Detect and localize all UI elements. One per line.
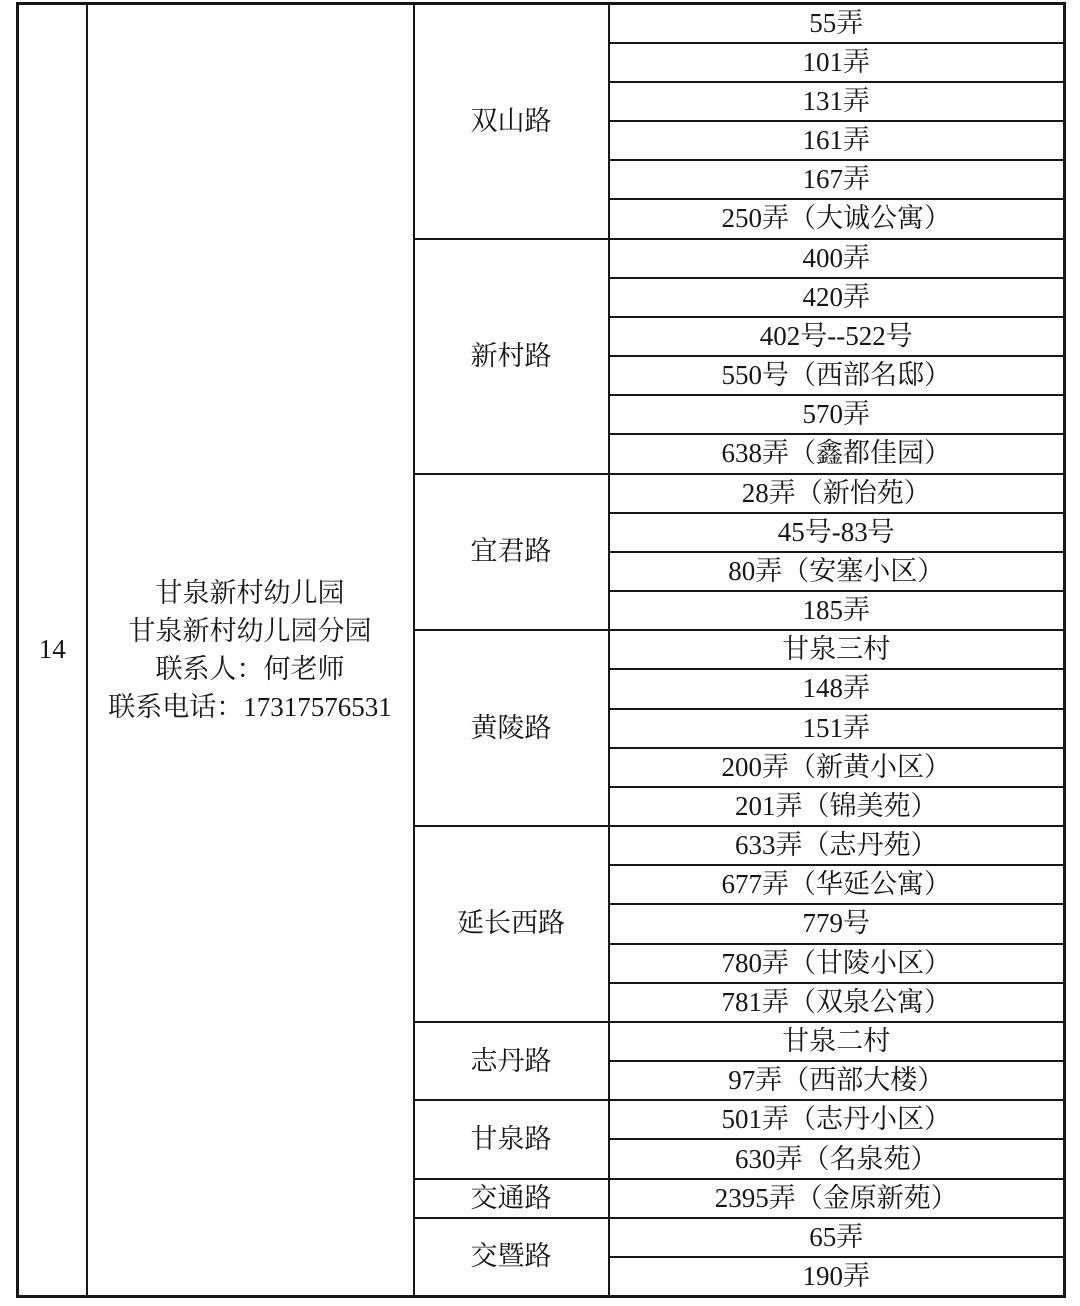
lane-cell: 677弄（华延公寓） [609,865,1065,904]
lane-cell: 101弄 [609,43,1065,82]
road-cell: 志丹路 [414,1022,609,1100]
lane-cell: 200弄（新黄小区） [609,748,1065,787]
lane-cell: 甘泉三村 [609,630,1065,669]
lane-cell: 638弄（鑫都佳园） [609,434,1065,473]
lane-cell: 55弄 [609,4,1065,43]
road-cell: 黄陵路 [414,630,609,826]
lane-cell: 161弄 [609,121,1065,160]
lane-cell: 630弄（名泉苑） [609,1139,1065,1178]
lane-cell: 甘泉二村 [609,1022,1065,1061]
lane-cell: 779号 [609,904,1065,943]
road-cell: 新村路 [414,239,609,474]
lane-cell: 28弄（新怡苑） [609,474,1065,513]
lane-cell: 780弄（甘陵小区） [609,944,1065,983]
road-cell: 宜君路 [414,474,609,631]
table-row: 14 甘泉新村幼儿园 甘泉新村幼儿园分园 联系人：何老师 联系电话：173175… [18,4,1065,43]
lane-cell: 148弄 [609,669,1065,708]
road-cell: 甘泉路 [414,1100,609,1178]
school-branch-name: 甘泉新村幼儿园分园 [88,612,413,650]
kindergarten-allocation-table: 14 甘泉新村幼儿园 甘泉新村幼儿园分园 联系人：何老师 联系电话：173175… [16,2,1066,1298]
lane-cell: 633弄（志丹苑） [609,826,1065,865]
lane-cell: 250弄（大诚公寓） [609,199,1065,238]
school-info-cell: 甘泉新村幼儿园 甘泉新村幼儿园分园 联系人：何老师 联系电话：173175765… [87,4,414,1297]
lane-cell: 420弄 [609,278,1065,317]
road-cell: 延长西路 [414,826,609,1022]
contact-person: 联系人：何老师 [88,650,413,688]
road-cell: 双山路 [414,4,609,239]
lane-cell: 402号--522号 [609,317,1065,356]
lane-cell: 185弄 [609,591,1065,630]
lane-cell: 400弄 [609,239,1065,278]
lane-cell: 131弄 [609,82,1065,121]
lane-cell: 97弄（西部大楼） [609,1061,1065,1100]
road-cell: 交通路 [414,1179,609,1218]
school-name: 甘泉新村幼儿园 [88,574,413,612]
lane-cell: 151弄 [609,709,1065,748]
lane-cell: 781弄（双泉公寓） [609,983,1065,1022]
lane-cell: 501弄（志丹小区） [609,1100,1065,1139]
lane-cell: 201弄（锦美苑） [609,787,1065,826]
lane-cell: 65弄 [609,1218,1065,1257]
lane-cell: 2395弄（金原新苑） [609,1179,1065,1218]
lane-cell: 80弄（安塞小区） [609,552,1065,591]
row-number-cell: 14 [18,4,87,1297]
lane-cell: 45号-83号 [609,513,1065,552]
lane-cell: 190弄 [609,1257,1065,1297]
allocation-table-wrap: 14 甘泉新村幼儿园 甘泉新村幼儿园分园 联系人：何老师 联系电话：173175… [16,2,1066,1298]
contact-phone: 联系电话：17317576531 [88,688,413,726]
lane-cell: 570弄 [609,395,1065,434]
road-cell: 交暨路 [414,1218,609,1297]
lane-cell: 550号（西部名邸） [609,356,1065,395]
scanned-document-page: 14 甘泉新村幼儿园 甘泉新村幼儿园分园 联系人：何老师 联系电话：173175… [0,0,1080,1306]
lane-cell: 167弄 [609,160,1065,199]
